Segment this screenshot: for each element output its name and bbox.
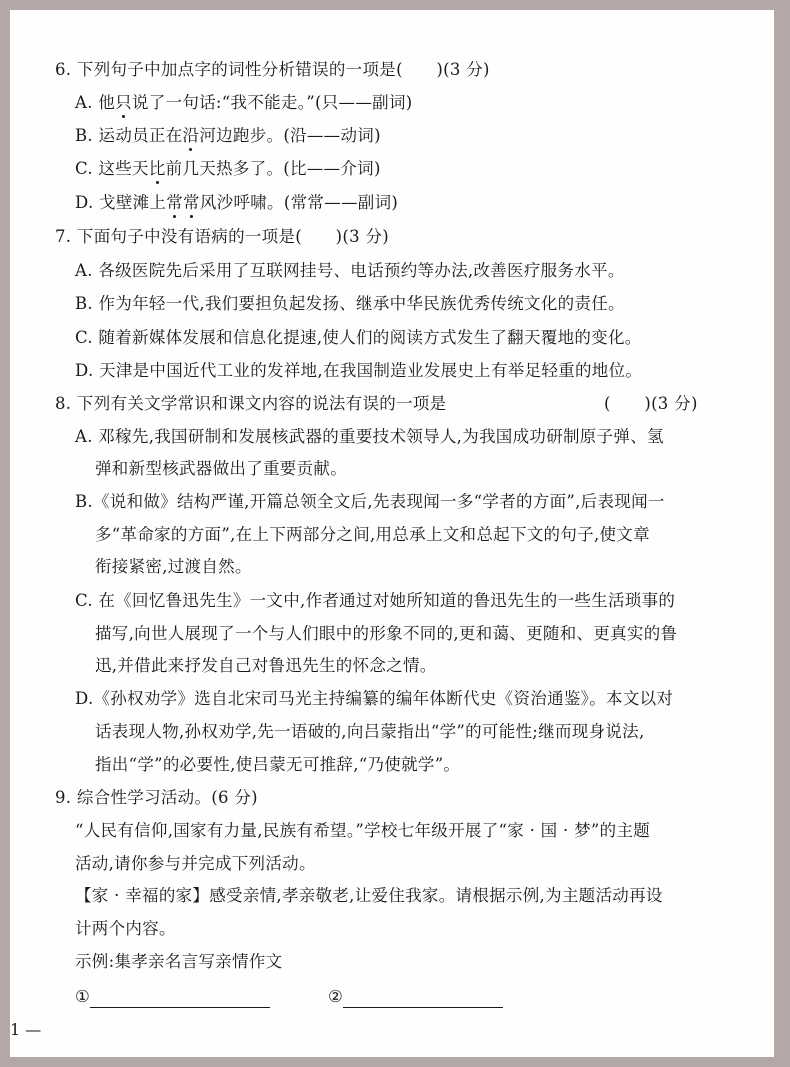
q8-option-c[interactable]: C. 在《回忆鲁迅先生》一文中,作者通过对她所知道的鲁迅先生的一些生活琐事的: [75, 590, 675, 612]
q9-intro-cont: 活动,请你参与并完成下列活动。: [75, 853, 316, 875]
q6-a-prefix: A. 他: [75, 93, 115, 112]
q9-task: 【家 · 幸福的家】感受亲情,孝亲敬老,让爱住我家。请根据示例,为主题活动再设: [75, 885, 663, 907]
q8-option-d-cont: 指出“学”的必要性,使吕蒙无可推辞,“乃使就学”。: [95, 754, 460, 776]
q8-option-d-cont: 话表现人物,孙权劝学,先一语破的,向吕蒙指出“学”的可能性;继而现身说法,: [95, 721, 645, 743]
blank-2-marker: ②: [328, 987, 343, 1006]
q7-option-b[interactable]: B. 作为年轻一代,我们要担负起发扬、继承中华民族优秀传统文化的责任。: [75, 293, 625, 315]
page-number: 1 —: [10, 1019, 41, 1041]
emphasis-char: 常: [166, 193, 183, 212]
emphasis-char: 只: [115, 93, 132, 112]
answer-blank-2[interactable]: ②: [328, 986, 503, 1008]
q7-option-a[interactable]: A. 各级医院先后采用了互联网挂号、电话预约等办法,改善医疗服务水平。: [75, 260, 625, 282]
q6-stem: 6. 下列句子中加点字的词性分析错误的一项是( )(3 分): [55, 59, 490, 81]
q6-c-prefix: C. 这些天: [75, 159, 149, 178]
q8-option-d[interactable]: D.《孙权劝学》选自北宋司马光主持编纂的编年体断代史《资治通鉴》。本文以对: [75, 688, 673, 710]
q8-option-c-cont: 描写,向世人展现了一个与人们眼中的形象不同的,更和蔼、更随和、更真实的鲁: [95, 623, 677, 645]
q6-option-d[interactable]: D. 戈壁滩上常常风沙呼啸。(常常——副词): [75, 192, 398, 214]
q6-b-prefix: B. 运动员正在: [75, 126, 183, 145]
exam-page: 6. 下列句子中加点字的词性分析错误的一项是( )(3 分) A. 他只说了一句…: [10, 10, 774, 1057]
q6-option-b[interactable]: B. 运动员正在沿河边跑步。(沿——动词): [75, 125, 381, 147]
q8-option-a-cont: 弹和新型核武器做出了重要贡献。: [95, 458, 347, 480]
q8-option-b-cont: 衔接紧密,过渡自然。: [95, 556, 252, 578]
emphasis-char: 比: [149, 159, 166, 178]
q9-intro: “人民有信仰,国家有力量,民族有希望。”学校七年级开展了“家 · 国 · 梦”的…: [75, 820, 650, 842]
q6-option-c[interactable]: C. 这些天比前几天热多了。(比——介词): [75, 158, 381, 180]
q7-stem: 7. 下面句子中没有语病的一项是( )(3 分): [55, 226, 389, 248]
q6-d-suffix: 风沙呼啸。(常常——副词): [200, 193, 398, 212]
blank-2-line[interactable]: [343, 989, 503, 1008]
q9-task-cont: 计两个内容。: [75, 918, 176, 940]
blank-1-marker: ①: [75, 987, 90, 1006]
blank-1-line[interactable]: [90, 989, 270, 1008]
q6-b-suffix: 河边跑步。(沿——动词): [199, 126, 380, 145]
q8-option-c-cont: 迅,并借此来抒发自己对鲁迅先生的怀念之情。: [95, 655, 437, 677]
q6-c-suffix: 前几天热多了。(比——介词): [166, 159, 381, 178]
q8-score: ( )(3 分): [604, 393, 698, 415]
q6-a-suffix: 说了一句话:“我不能走。”(只——副词): [132, 93, 413, 112]
emphasis-char: 常: [183, 193, 200, 212]
q8-option-a[interactable]: A. 邓稼先,我国研制和发展核武器的重要技术领导人,为我国成功研制原子弹、氢: [75, 426, 664, 448]
q8-option-b[interactable]: B.《说和做》结构严谨,开篇总领全文后,先表现闻一多“学者的方面”,后表现闻一: [75, 491, 665, 513]
emphasis-char: 沿: [183, 126, 200, 145]
q7-option-d[interactable]: D. 天津是中国近代工业的发祥地,在我国制造业发展史上有举足轻重的地位。: [75, 360, 642, 382]
q7-option-c[interactable]: C. 随着新媒体发展和信息化提速,使人们的阅读方式发生了翻天覆地的变化。: [75, 327, 642, 349]
q6-option-a[interactable]: A. 他只说了一句话:“我不能走。”(只——副词): [75, 92, 412, 114]
answer-blank-1[interactable]: ①: [75, 986, 270, 1008]
q8-option-b-cont: 多“革命家的方面”,在上下两部分之间,用总承上文和总起下文的句子,使文章: [95, 524, 650, 546]
q6-d-prefix: D. 戈壁滩上: [75, 193, 166, 212]
q9-stem: 9. 综合性学习活动。(6 分): [55, 787, 258, 809]
q8-stem: 8. 下列有关文学常识和课文内容的说法有误的一项是: [55, 393, 447, 415]
q9-example: 示例:集孝亲名言写亲情作文: [75, 951, 282, 973]
